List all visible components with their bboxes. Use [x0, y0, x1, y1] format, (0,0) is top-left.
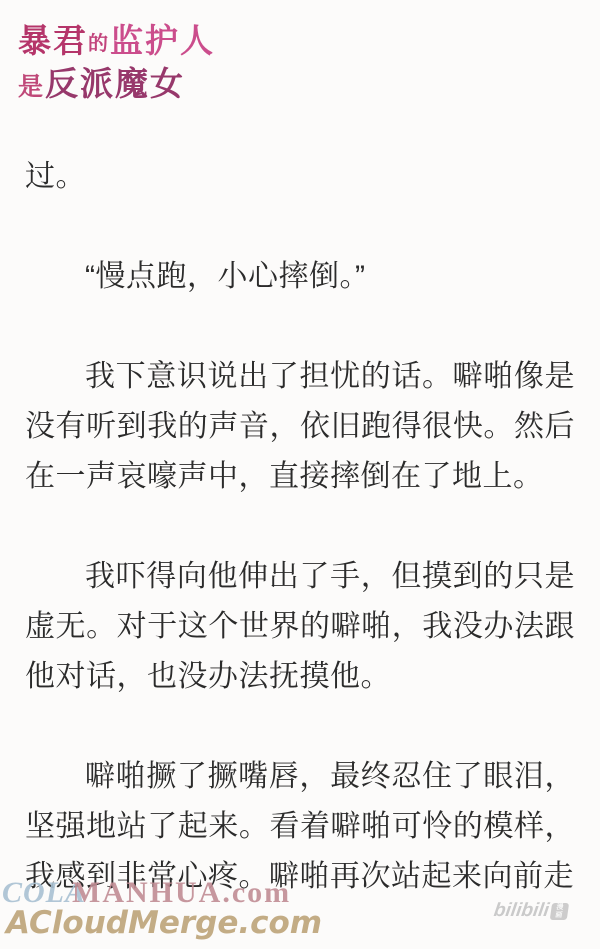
- watermark-bilibili-manga-logo: bilibili 漫 画: [492, 900, 569, 922]
- bilibili-manga-char-1: 漫: [556, 904, 564, 911]
- bilibili-manga-char-2: 画: [555, 912, 563, 919]
- novel-text-block: 过。 “慢点跑，小心摔倒。” 我下意识说出了担忧的话。噼啪像是没有听到我的声音，…: [25, 152, 575, 949]
- paragraph-dialogue: “慢点跑，小心摔倒。”: [25, 252, 575, 302]
- logo-line-1: 暴君的监护人: [18, 22, 215, 68]
- paragraph-narration-1: 我下意识说出了担忧的话。噼啪像是没有听到我的声音，依旧跑得很快。然后在一声哀嚎声…: [25, 352, 575, 502]
- bilibili-logo-text: bilibili: [492, 900, 550, 922]
- watermark-acloudmerge: ACloudMerge.com: [6, 905, 322, 941]
- logo-text-baojun: 暴君: [18, 24, 88, 60]
- logo-text-fanpaimonv: 反派魔女: [45, 67, 185, 103]
- logo-text-shi: 是: [18, 74, 45, 101]
- logo-line-2: 是反派魔女: [18, 65, 215, 111]
- logo-text-de: 的: [88, 33, 110, 55]
- series-title-logo: 暴君的监护人 是反派魔女: [18, 22, 215, 111]
- paragraph-narration-2: 我吓得向他伸出了手，但摸到的只是虚无。对于这个世界的噼啪，我没办法跟他对话，也没…: [25, 552, 575, 702]
- logo-text-jianhuren: 监护人: [110, 24, 215, 60]
- manga-text-page: 暴君的监护人 是反派魔女 过。 “慢点跑，小心摔倒。” 我下意识说出了担忧的话。…: [0, 0, 600, 949]
- paragraph-continuation: 过。: [25, 152, 575, 202]
- bilibili-manga-badge-icon: 漫 画: [550, 903, 569, 920]
